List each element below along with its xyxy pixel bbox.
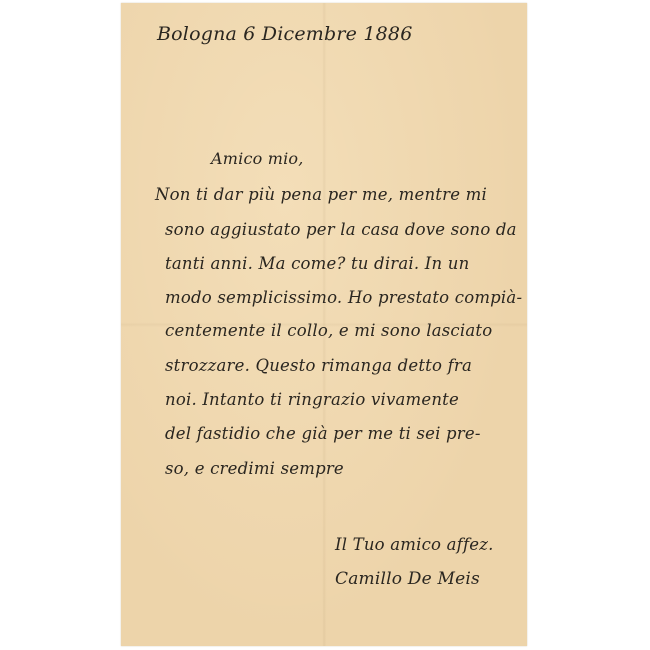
body-line: del fastidio che già per me ti sei pre- <box>165 424 481 443</box>
salutation: Amico mio, <box>211 149 304 168</box>
body-line: modo semplicissimo. Ho prestato compià- <box>165 288 522 307</box>
handwritten-letter: Bologna 6 Dicembre 1886 Amico mio, Non t… <box>121 3 527 646</box>
signature: Camillo De Meis <box>335 569 480 589</box>
place-and-date: Bologna 6 Dicembre 1886 <box>157 23 413 45</box>
body-line: tanti anni. Ma come? tu dirai. In un <box>165 254 469 273</box>
closing: Il Tuo amico affez. <box>335 535 494 554</box>
body-line: noi. Intanto ti ringrazio vivamente <box>165 390 459 409</box>
body-line: centemente il collo, e mi sono lasciato <box>165 321 492 340</box>
body-line: Non ti dar più pena per me, mentre mi <box>155 185 487 204</box>
body-line: sono aggiustato per la casa dove sono da <box>165 220 517 239</box>
body-line: so, e credimi sempre <box>165 459 344 478</box>
body-line: strozzare. Questo rimanga detto fra <box>165 356 472 375</box>
